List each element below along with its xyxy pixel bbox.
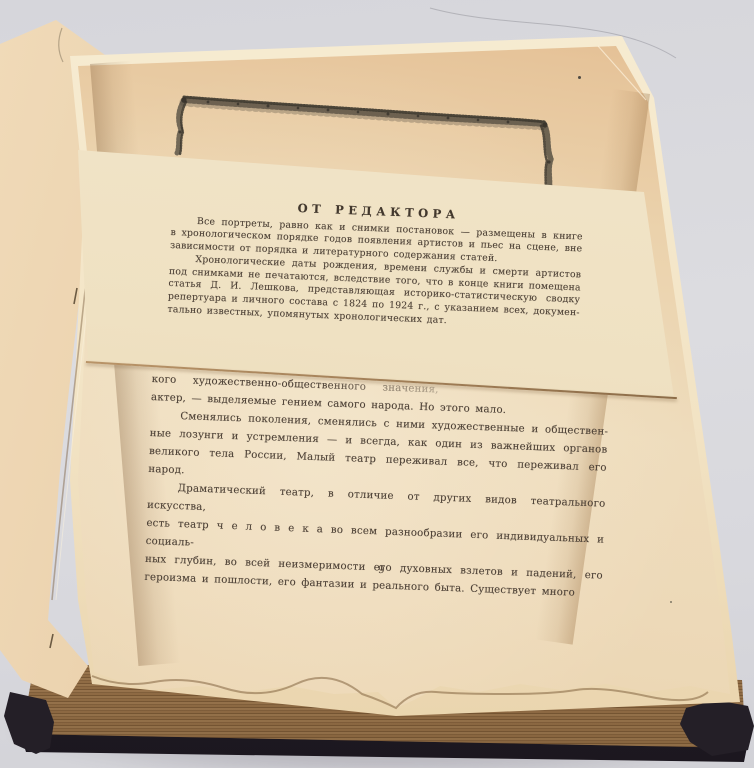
page-number: 9 [378, 564, 385, 576]
ink-speck [670, 601, 672, 603]
ink-speck [578, 76, 581, 79]
page-body-text: кого художественно-общественного значени… [144, 371, 610, 604]
photo-of-open-antique-book: ОТ РЕДАКТОРА Все портреты, равно как и с… [0, 0, 754, 768]
editor-note: ОТ РЕДАКТОРА Все портреты, равно как и с… [167, 197, 583, 333]
